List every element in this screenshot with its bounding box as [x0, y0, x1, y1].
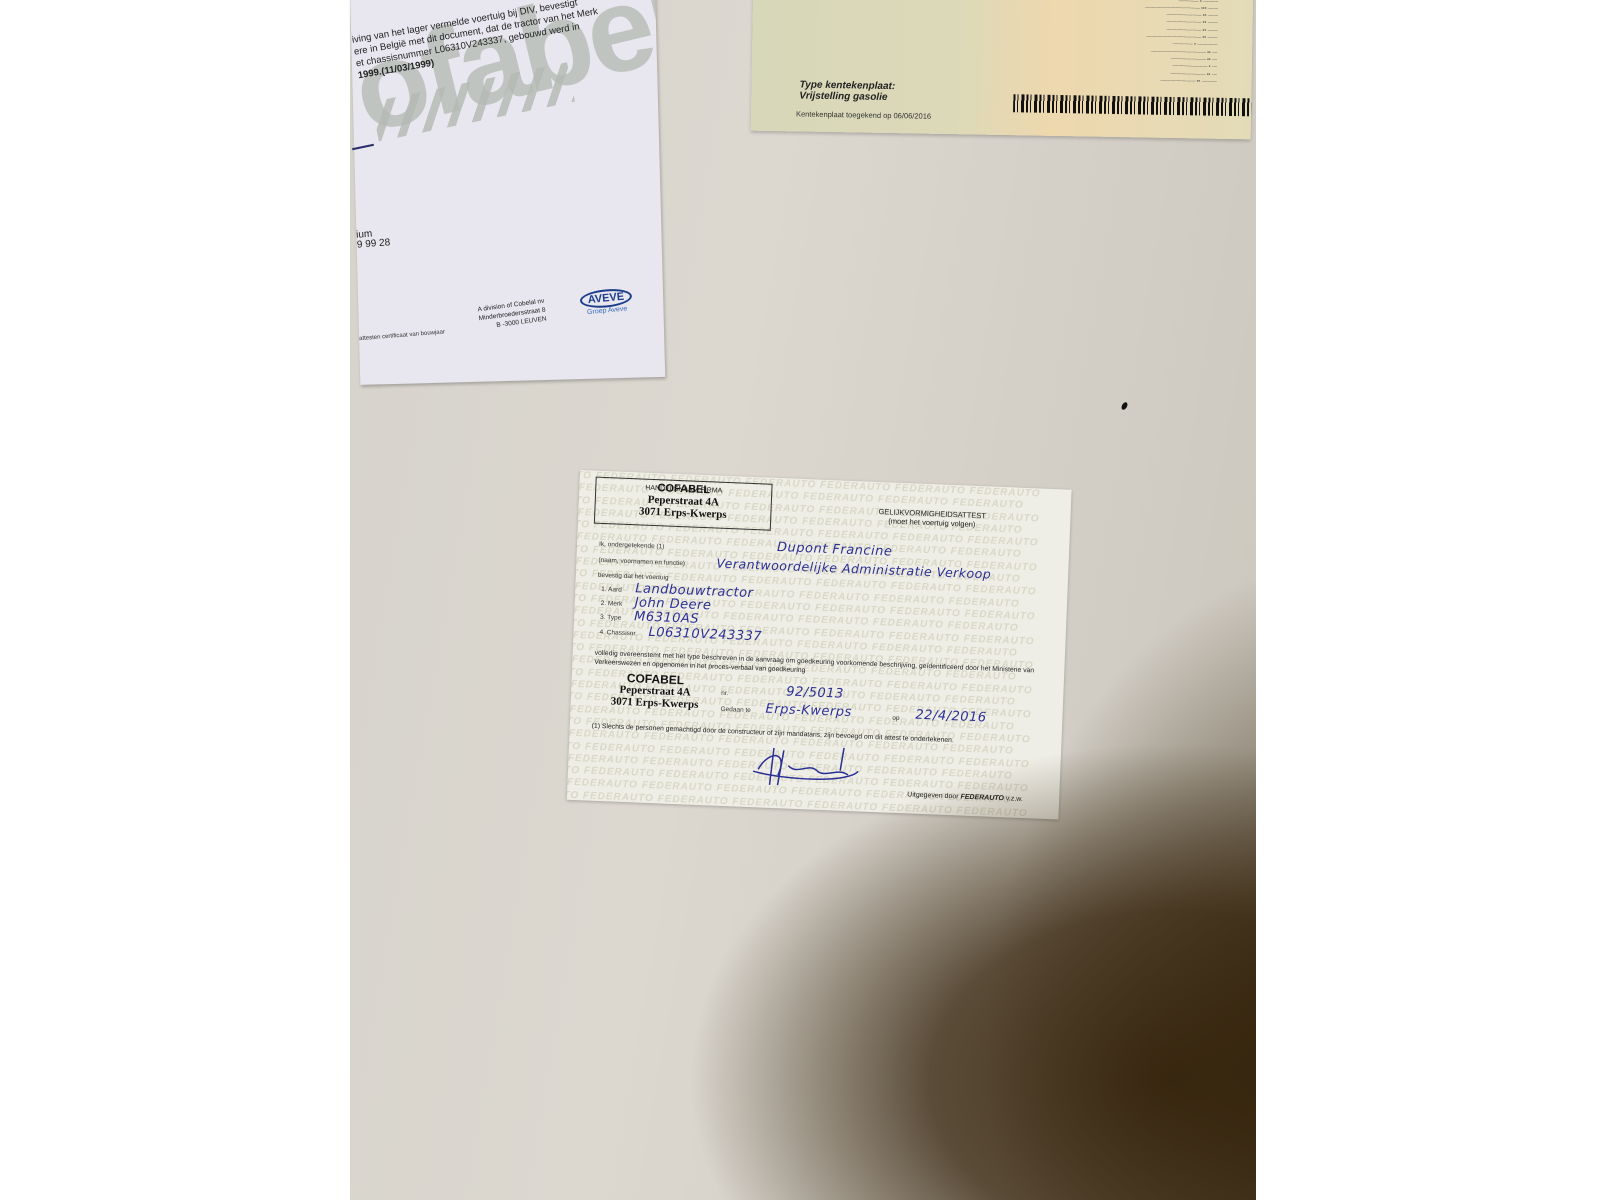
letter-phone: ium 9 99 28 [356, 228, 391, 251]
plate-type: Type kentekenplaat: Vrijstelling gasolie [799, 79, 895, 103]
signature [747, 739, 879, 794]
label-on: op [892, 715, 900, 722]
letter-certificate-note: attesten certificaat van bouwjaar [359, 329, 445, 342]
barcode [1013, 94, 1253, 116]
handwritten-type: M6310AS [634, 609, 700, 627]
registration-certificate: ——————— ▪▪▪ ——————————— ▪▪▪ ———————— ▪ —… [751, 0, 1254, 139]
plate-assigned-date: Kentekenplaat toegekend op 06/06/2016 [796, 109, 931, 120]
label-type: 3. Type [600, 614, 621, 622]
handwritten-number: 92/5013 [786, 684, 844, 701]
label-number: nr. [721, 690, 729, 697]
label-kind: 1. Aard [601, 586, 622, 594]
aveve-logo: AVEVE Groep Aveve [575, 286, 637, 318]
label-done-at: Gedaan te [720, 706, 751, 714]
registration-fields: ——————— ▪▪▪ ——————————— ▪▪▪ ———————— ▪ —… [1017, 0, 1219, 86]
label-brand: 2. Merk [601, 600, 623, 608]
company-stamp-2: COFABEL Peperstraat 4A 3071 Erps-Kwerps [610, 671, 699, 710]
cofabel-letter: ofabel iving van het lager vermelde voer… [350, 0, 665, 385]
label-chassis: 4. Chassisnr. [599, 629, 637, 638]
handwritten-date: 22/4/2016 [915, 708, 987, 726]
company-stamp: HANDELSNAAM FIRMA COFABEL Peperstraat 4A… [594, 477, 773, 531]
conformity-certificate: AUTO FEDERAUTO FEDERAUTO FEDERAUTO FEDER… [567, 470, 1072, 819]
letter-division-address: A division of Cobelal nv Minderbroederss… [477, 297, 547, 333]
